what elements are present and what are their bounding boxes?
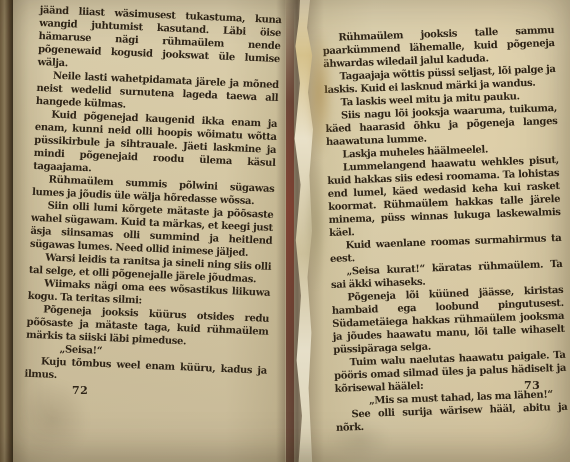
- book-cover-edge: [0, 0, 13, 462]
- open-book-photo: jäänd liiast wäsimusest tukastuma, kuna …: [0, 0, 570, 462]
- right-page-text: Rühmaülem jooksis talle sammu paarkümmen…: [322, 24, 568, 435]
- paragraph: Kuid põgenejad kaugenid ikka enam ja ena…: [33, 108, 278, 183]
- page-number-right: 73: [524, 379, 540, 392]
- paragraph: Lummelangend haawatu wehkles pisut, kuid…: [327, 154, 562, 240]
- binding-gutter: [286, 0, 294, 462]
- left-page-text: jäänd liiast wäsimusest tukastuma, kuna …: [24, 4, 282, 391]
- paragraph: jäänd liiast wäsimusest tukastuma, kuna …: [37, 4, 282, 79]
- page-number-left: 72: [72, 384, 88, 397]
- paragraph: Põgeneja lõi küüned jäässe, kiristas ham…: [331, 284, 565, 357]
